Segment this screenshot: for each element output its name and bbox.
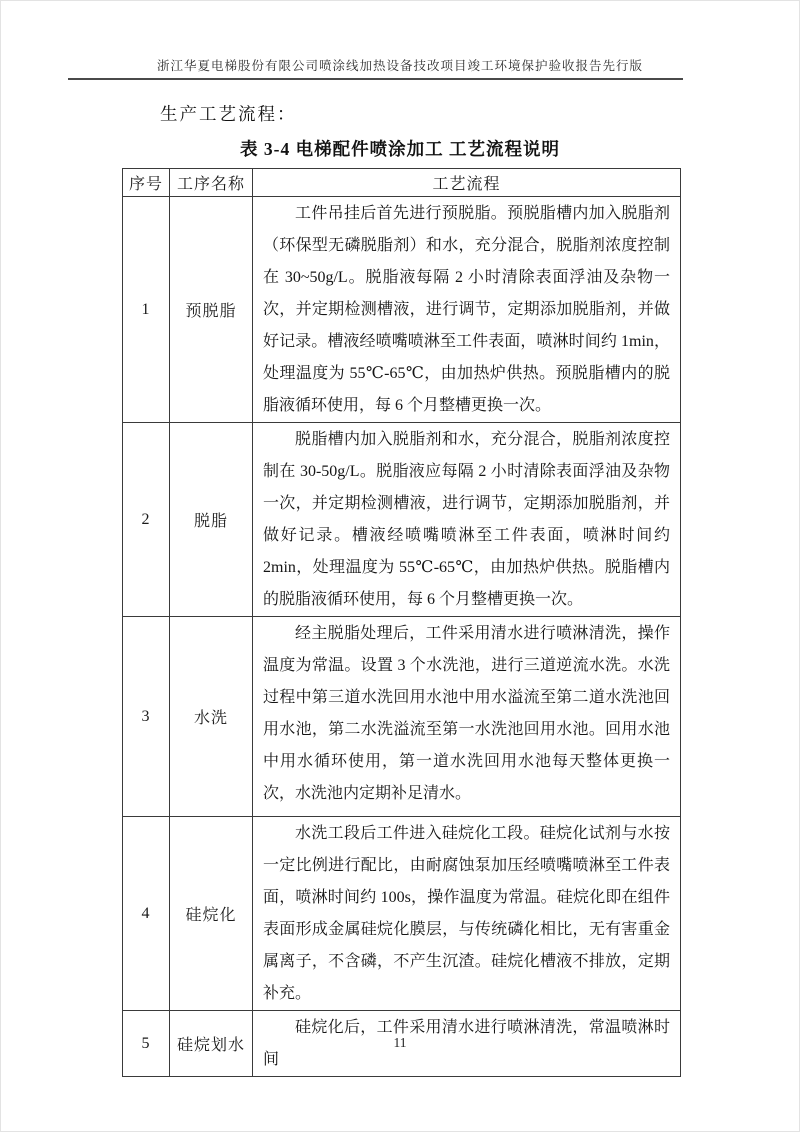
- process-name-cell: 水洗: [170, 617, 253, 817]
- process-name-cell: 脱脂: [170, 423, 253, 617]
- row-number-cell: 4: [123, 817, 170, 1011]
- process-desc-cell: 水洗工段后工件进入硅烷化工段。硅烷化试剂与水按一定比例进行配比，由耐腐蚀泵加压经…: [253, 817, 681, 1011]
- header-cell-process-flow: 工艺流程: [253, 169, 681, 197]
- row-number-cell: 1: [123, 197, 170, 423]
- document-page: { "page": { "header_text": "浙江华夏电梯股份有限公司…: [0, 0, 800, 1132]
- process-name-cell: 预脱脂: [170, 197, 253, 423]
- table-row: 1预脱脂工件吊挂后首先进行预脱脂。预脱脂槽内加入脱脂剂（环保型无磷脱脂剂）和水，…: [123, 197, 681, 423]
- process-table: 序号 工序名称 工艺流程 1预脱脂工件吊挂后首先进行预脱脂。预脱脂槽内加入脱脂剂…: [122, 168, 681, 1077]
- row-number-cell: 2: [123, 423, 170, 617]
- row-number-cell: 3: [123, 617, 170, 817]
- table-header: 序号 工序名称 工艺流程: [123, 169, 681, 197]
- section-title: 生产工艺流程：: [160, 101, 297, 126]
- table-header-row: 序号 工序名称 工艺流程: [123, 169, 681, 197]
- header-cell-process-name: 工序名称: [170, 169, 253, 197]
- header-cell-seq: 序号: [123, 169, 170, 197]
- table-row: 4硅烷化水洗工段后工件进入硅烷化工段。硅烷化试剂与水按一定比例进行配比，由耐腐蚀…: [123, 817, 681, 1011]
- process-desc-cell: 工件吊挂后首先进行预脱脂。预脱脂槽内加入脱脂剂（环保型无磷脱脂剂）和水，充分混合…: [253, 197, 681, 423]
- header-title: 浙江华夏电梯股份有限公司喷涂线加热设备技改项目竣工环境保护验收报告先行版: [0, 56, 800, 74]
- table-row: 2脱脂脱脂槽内加入脱脂剂和水，充分混合，脱脂剂浓度控制在 30-50g/L。脱脂…: [123, 423, 681, 617]
- process-desc-cell: 脱脂槽内加入脱脂剂和水，充分混合，脱脂剂浓度控制在 30-50g/L。脱脂液应每…: [253, 423, 681, 617]
- table-row: 3水洗经主脱脂处理后，工件采用清水进行喷淋清洗，操作温度为常温。设置 3 个水洗…: [123, 617, 681, 817]
- process-desc-cell: 经主脱脂处理后，工件采用清水进行喷淋清洗，操作温度为常温。设置 3 个水洗池，进…: [253, 617, 681, 817]
- process-name-cell: 硅烷化: [170, 817, 253, 1011]
- header-rule: [68, 78, 683, 80]
- page-number: 11: [0, 1035, 800, 1051]
- table-body: 1预脱脂工件吊挂后首先进行预脱脂。预脱脂槽内加入脱脂剂（环保型无磷脱脂剂）和水，…: [123, 197, 681, 1077]
- table-caption: 表 3-4 电梯配件喷涂加工 工艺流程说明: [0, 136, 800, 161]
